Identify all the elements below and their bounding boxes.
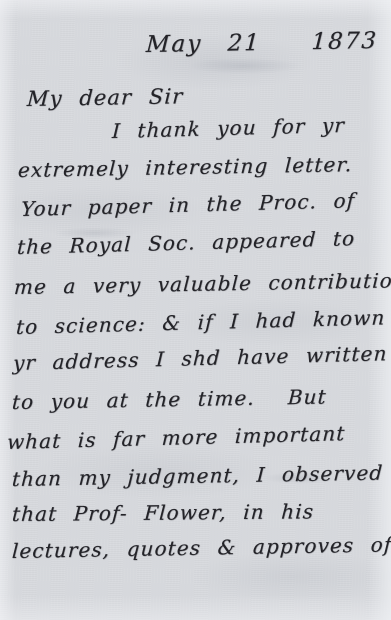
letter-line-1: extremely interesting letter. <box>17 151 353 183</box>
letter-line-10: that Prof- Flower, in his <box>11 498 315 527</box>
opening-line: I thank you for yr <box>111 112 345 144</box>
letter-line-6: yr address I shd have written <box>12 340 388 376</box>
letter-line-7: to you at the time. But <box>11 383 327 415</box>
scanned-letter-page: May 21 1873 My dear Sir I thank you for … <box>0 0 391 620</box>
date-line: May 21 1873 <box>145 28 378 58</box>
letter-line-9: than my judgment, I observed <box>11 460 384 493</box>
paper-smudge <box>170 55 320 77</box>
letter-line-2: Your paper in the Proc. of <box>20 187 355 222</box>
letter-line-8: what is far more important <box>6 420 346 455</box>
letter-line-5: to science: & if I had known <box>15 304 386 340</box>
salutation-line: My dear Sir <box>26 83 184 112</box>
letter-line-11: lectures, quotes & approves of <box>11 531 391 564</box>
letter-line-4: me a very valuable contribution <box>13 267 391 300</box>
letter-line-3: the Royal Soc. appeared to <box>16 225 355 260</box>
